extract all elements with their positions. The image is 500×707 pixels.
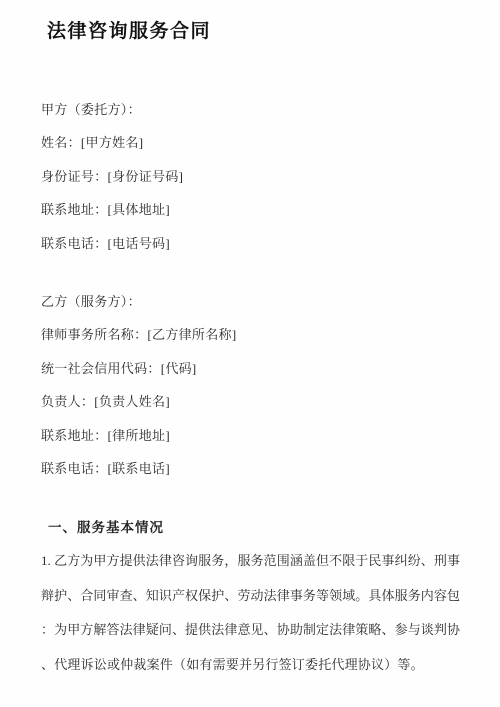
- document-title: 法律咨询服务合同: [47, 20, 211, 44]
- party-a-heading: 甲方（委托方）：: [41, 93, 461, 126]
- paragraph-line: 辩护、合同审查、知识产权保护、劳动法律事务等领域。具体服务内容包括: [41, 579, 460, 614]
- paragraph-line: 、代理诉讼或仲裁案件（如有需要并另行签订委托代理协议）等。: [41, 648, 460, 683]
- party-b-responsible-person-field: 负责人：[负责人姓名]: [41, 385, 461, 418]
- party-a-id-number-field: 身份证号：[身份证号码]: [41, 160, 461, 193]
- party-b-address-field: 联系地址：[律所地址]: [41, 419, 461, 452]
- party-b-phone-field: 联系电话：[联系电话]: [41, 452, 461, 485]
- party-a-phone-field: 联系电话：[电话号码]: [41, 227, 461, 260]
- party-b-heading: 乙方（服务方）：: [41, 285, 461, 318]
- paragraph-line: ：为甲方解答法律疑问、提供法律意见、协助制定法律策略、参与谈判协商: [41, 613, 460, 648]
- party-b-firm-name-field: 律师事务所名称：[乙方律所名称]: [41, 318, 461, 351]
- section-1-paragraph: 1. 乙方为甲方提供法律咨询服务，服务范围涵盖但不限于民事纠纷、刑事 辩护、合同…: [41, 544, 460, 682]
- party-b-section: 乙方（服务方）： 律师事务所名称：[乙方律所名称] 统一社会信用代码：[代码] …: [41, 285, 461, 485]
- party-a-address-field: 联系地址：[具体地址]: [41, 193, 461, 226]
- party-a-name-field: 姓名：[甲方姓名]: [41, 126, 461, 159]
- party-b-credit-code-field: 统一社会信用代码：[代码]: [41, 352, 461, 385]
- paragraph-line: 1. 乙方为甲方提供法律咨询服务，服务范围涵盖但不限于民事纠纷、刑事: [41, 544, 460, 579]
- contract-document-page: 法律咨询服务合同 甲方（委托方）： 姓名：[甲方姓名] 身份证号：[身份证号码]…: [0, 0, 500, 707]
- section-1-heading: 一、服务基本情况: [48, 518, 164, 538]
- party-a-section: 甲方（委托方）： 姓名：[甲方姓名] 身份证号：[身份证号码] 联系地址：[具体…: [41, 93, 461, 260]
